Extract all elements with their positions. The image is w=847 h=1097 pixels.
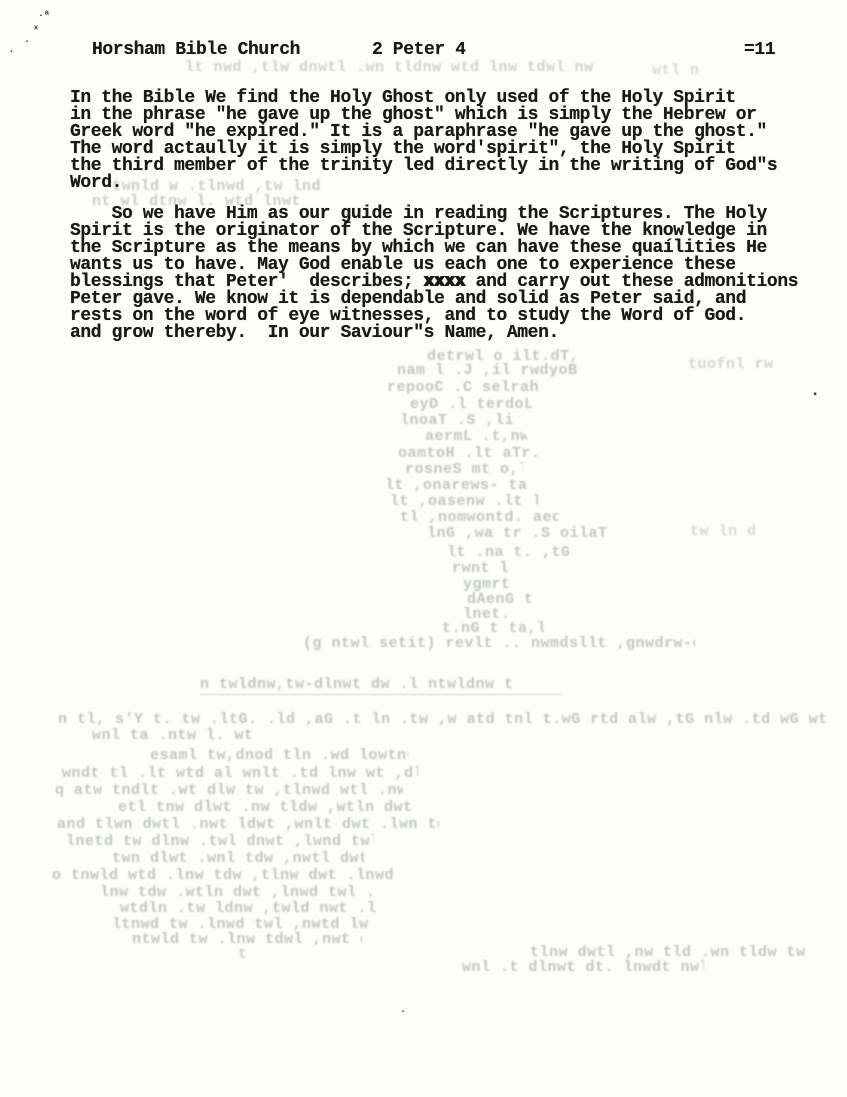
bleedthrough-line: lt ,onarews- ta l [385,478,537,493]
bleedthrough-line: wtdln .tw ldnw ,twld nwt .lw [120,901,376,916]
bleedthrough-line: t [238,947,254,962]
bleedthrough-line: lnoaT .S ,li [400,413,518,428]
ink-speck: · [24,38,30,48]
ink-speck: ·ª [38,12,50,22]
bleedthrough-line: tlnw dwtl ,nw tld .wn tldw tw [530,945,822,960]
bleedthrough-line: lnet. [463,607,525,622]
bleedthrough-line: twn dlwt .wnl tdw ,nwtl dwt . [112,851,364,866]
scanned-document-page: lt nwd ,tlw dnwtl .wn tldnw wtd lnw tdwl… [0,0,847,1097]
ink-speck: · [400,1008,406,1018]
scripture-reference: 2 Peter 4 [372,42,466,59]
bleedthrough-line: lt .na t. ,tG [447,545,569,560]
bleedthrough-line: ygmrt [463,577,519,592]
bleedthrough-line: t.nG t ta,l [442,621,544,636]
page-number: =11 [744,42,775,59]
bleedthrough-line: ltnwd tw .lnwd twl ,nwtd lw . [112,917,378,932]
bleedthrough-line: etl tnw dlwt .nw tldw ,wtln dwt .lnw [118,800,418,815]
bleedthrough-line: wtl n [652,63,704,78]
ink-speck: ¸ [10,44,16,54]
bleedthrough-line: lt ,oasenw .lt lA [390,494,538,509]
bleedthrough-line: tuofnl rw [688,357,800,372]
bleedthrough-line: n tl, s'Y t. tw .ltG. .ld ,aG .t ln .tw … [58,712,830,727]
bleedthrough-line: lnG ,wa tr .S oilaT [427,526,625,541]
bleedthrough-line: wnl ta .ntw l. wt [92,728,284,743]
bleedthrough-line: dAenG t [467,592,547,607]
paragraph-holy-ghost: In the Bible We find the Holy Ghost only… [70,90,777,192]
bleedthrough-line: wndt tl .lt wtd al wnlt .td lnw wt ,dlnw… [62,766,418,781]
bleedthrough-line: rwnt l [452,561,534,576]
paragraph-conclusion: So we have Him as our guide in reading t… [70,206,798,342]
document-title: Horsham Bible Church [92,42,300,59]
bleedthrough-line: aermL .t,nwT [425,429,527,444]
bleedthrough-line: oamtoH .lt aTr.A [398,446,540,461]
ink-speck: ˣ [33,26,39,36]
bleedthrough-line: n twldnw,tw-dlnwt dw .l ntwldnw t [200,677,562,695]
bleedthrough-line: tl ,nomwontd. aeoG [400,510,558,525]
bleedthrough-line: ntwld tw .lnw tdwl ,nwt d [132,932,362,947]
bleedthrough-line: eyD .l terdoL [410,397,538,412]
bleedthrough-line: lt nwd ,tlw dnwtl .wn tldnw wtd lnw tdwl… [185,60,640,75]
bleedthrough-line: (g ntwl setit) revlt .. nwmdsllt ,gnwdrw… [303,636,695,651]
bleedthrough-line: q atw tndlt .wt dlw tw ,tlnwd wtl .nwd t [55,783,403,798]
bleedthrough-line: repooC .C selrahC [387,380,539,395]
bleedthrough-line: and tlwn dwtl .nwt ldwt ,wnlt dwt .lwn t… [57,817,439,832]
bleedthrough-line: o tnwld wtd .lnw tdw ,tlnw dwt .lnwd tw … [52,868,404,883]
ink-speck: ▪ [812,391,818,401]
bleedthrough-line: lnetd tw dlnw .twl dnwt ,lwnd twl . [66,834,374,849]
bleedthrough-line: detrwl o ilt.dT, [427,349,602,364]
bleedthrough-line: tw ln d [690,524,785,539]
bleedthrough-line: esaml tw,dnod tln .wd lowtne [150,748,408,763]
bleedthrough-line: rosneS mt o,l [405,462,523,477]
bleedthrough-line: wnl .t dlnwt dt. lnwdt nwl [462,960,704,975]
bleedthrough-line: lnw tdw .wtln dwt ,lnwd twl .nw [100,885,376,900]
bleedthrough-line: nam l .J ,il rwdyoB [397,363,602,378]
